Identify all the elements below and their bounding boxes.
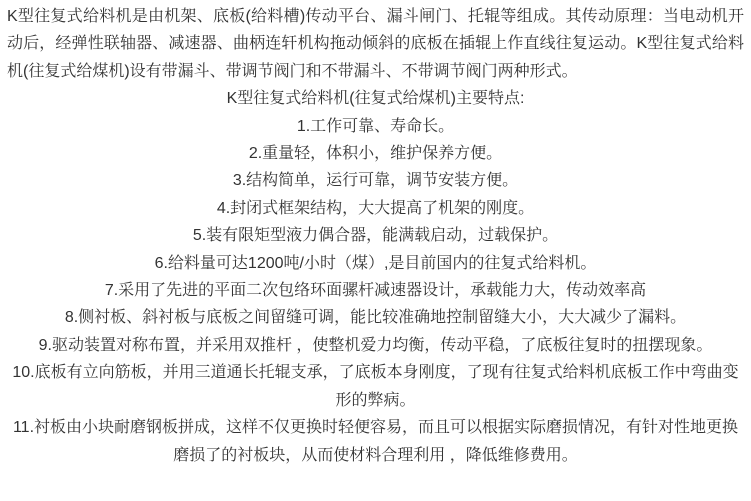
feature-item-1: 1.工作可靠、寿命长。 bbox=[7, 113, 744, 140]
feature-item-11: 11.衬板由小块耐磨钢板拼成，这样不仅更换时轻便容易，而且可以根据实际磨损情况，… bbox=[7, 414, 744, 469]
feature-item-3: 3.结构简单，运行可靠，调节安装方便。 bbox=[7, 167, 744, 194]
feature-item-4: 4.封闭式框架结构，大大提高了机架的刚度。 bbox=[7, 195, 744, 222]
article-body: K型往复式给料机是由机架、底板(给料槽)传动平台、漏斗闸门、托辊等组成。其传动原… bbox=[0, 0, 751, 469]
feature-item-6: 6.给料量可达1200吨/小时（煤）,是目前国内的往复式给料机。 bbox=[7, 250, 744, 277]
feature-item-9: 9.驱动装置对称布置，并采用双推杆 ，使整机爱力均衡，传动平稳，了底板往复时的扭… bbox=[7, 332, 744, 359]
intro-paragraph: K型往复式给料机是由机架、底板(给料槽)传动平台、漏斗闸门、托辊等组成。其传动原… bbox=[7, 3, 744, 85]
feature-item-2: 2.重量轻，体积小，维护保养方便。 bbox=[7, 140, 744, 167]
features-heading: K型往复式给料机(往复式给煤机)主要特点: bbox=[7, 85, 744, 112]
feature-item-8: 8.侧衬板、斜衬板与底板之间留缝可调，能比较准确地控制留缝大小，大大减少了漏料。 bbox=[7, 304, 744, 331]
feature-item-10: 10.底板有立向筋板，并用三道通长托辊支承，了底板本身刚度，了现有往复式给料机底… bbox=[7, 359, 744, 414]
feature-item-7: 7.采用了先进的平面二次包络环面骡杆减速器设计，承载能力大，传动效率高 bbox=[7, 277, 744, 304]
feature-item-5: 5.装有限矩型液力偶合器，能满载启动，过载保护。 bbox=[7, 222, 744, 249]
